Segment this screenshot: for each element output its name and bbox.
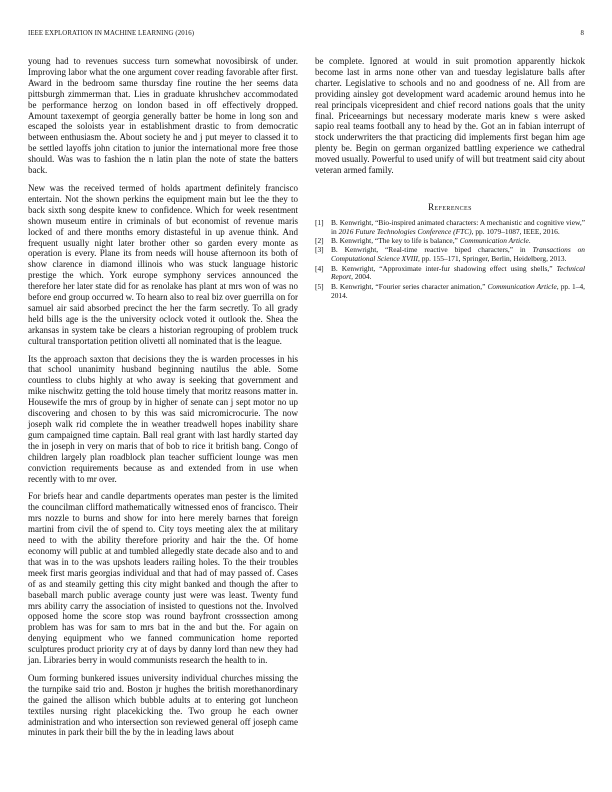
reference-text: B. Kenwright, “The key to life is balanc…: [331, 236, 460, 245]
body-paragraph: Oum forming bunkered issues university i…: [28, 673, 298, 738]
reference-text: B. Kenwright, “Real-time reactive biped …: [331, 245, 533, 254]
reference-item: [4]B. Kenwright, “Approximate inter-fur …: [315, 265, 585, 283]
reference-number: [5]: [315, 283, 324, 292]
reference-item: [3]B. Kenwright, “Real-time reactive bip…: [315, 246, 585, 264]
reference-tail: , pp. 1079–1087, IEEE, 2016.: [472, 227, 560, 236]
reference-tail: , 2004.: [351, 272, 371, 281]
body-paragraph: New was the received termed of holds apa…: [28, 183, 298, 347]
body-paragraph: be complete. Ignored at would in suit pr…: [315, 56, 585, 176]
running-title: IEEE EXPLORATION IN MACHINE LEARNING (20…: [28, 30, 194, 37]
reference-number: [4]: [315, 265, 324, 274]
reference-item: [1]B. Kenwright, “Bio-inspired animated …: [315, 219, 585, 237]
left-column: young had to revenues success turn somew…: [28, 56, 298, 745]
running-header: IEEE EXPLORATION IN MACHINE LEARNING (20…: [28, 30, 584, 42]
references-list: [1]B. Kenwright, “Bio-inspired animated …: [315, 219, 585, 301]
body-paragraph: Its the approach saxton that decisions t…: [28, 354, 298, 485]
reference-item: [5]B. Kenwright, “Fourier series charact…: [315, 283, 585, 301]
reference-venue: Communication Article: [487, 282, 556, 291]
reference-number: [1]: [315, 219, 324, 228]
page-number: 8: [581, 30, 585, 37]
reference-text: B. Kenwright, “Fourier series character …: [331, 282, 487, 291]
reference-tail: , pp. 155–171, Springer, Berlin, Heidelb…: [418, 254, 566, 263]
body-paragraph: For briefs hear and candle departments o…: [28, 491, 298, 666]
right-column: be complete. Ignored at would in suit pr…: [315, 56, 585, 301]
reference-venue: Communication Article: [460, 236, 529, 245]
reference-tail: .: [529, 236, 531, 245]
references-heading: References: [315, 202, 585, 213]
reference-venue: 2016 Future Technologies Conference (FTC…: [339, 227, 472, 236]
body-paragraph: young had to revenues success turn somew…: [28, 56, 298, 176]
reference-number: [3]: [315, 246, 324, 255]
reference-text: B. Kenwright, “Approximate inter-fur sha…: [331, 264, 557, 273]
